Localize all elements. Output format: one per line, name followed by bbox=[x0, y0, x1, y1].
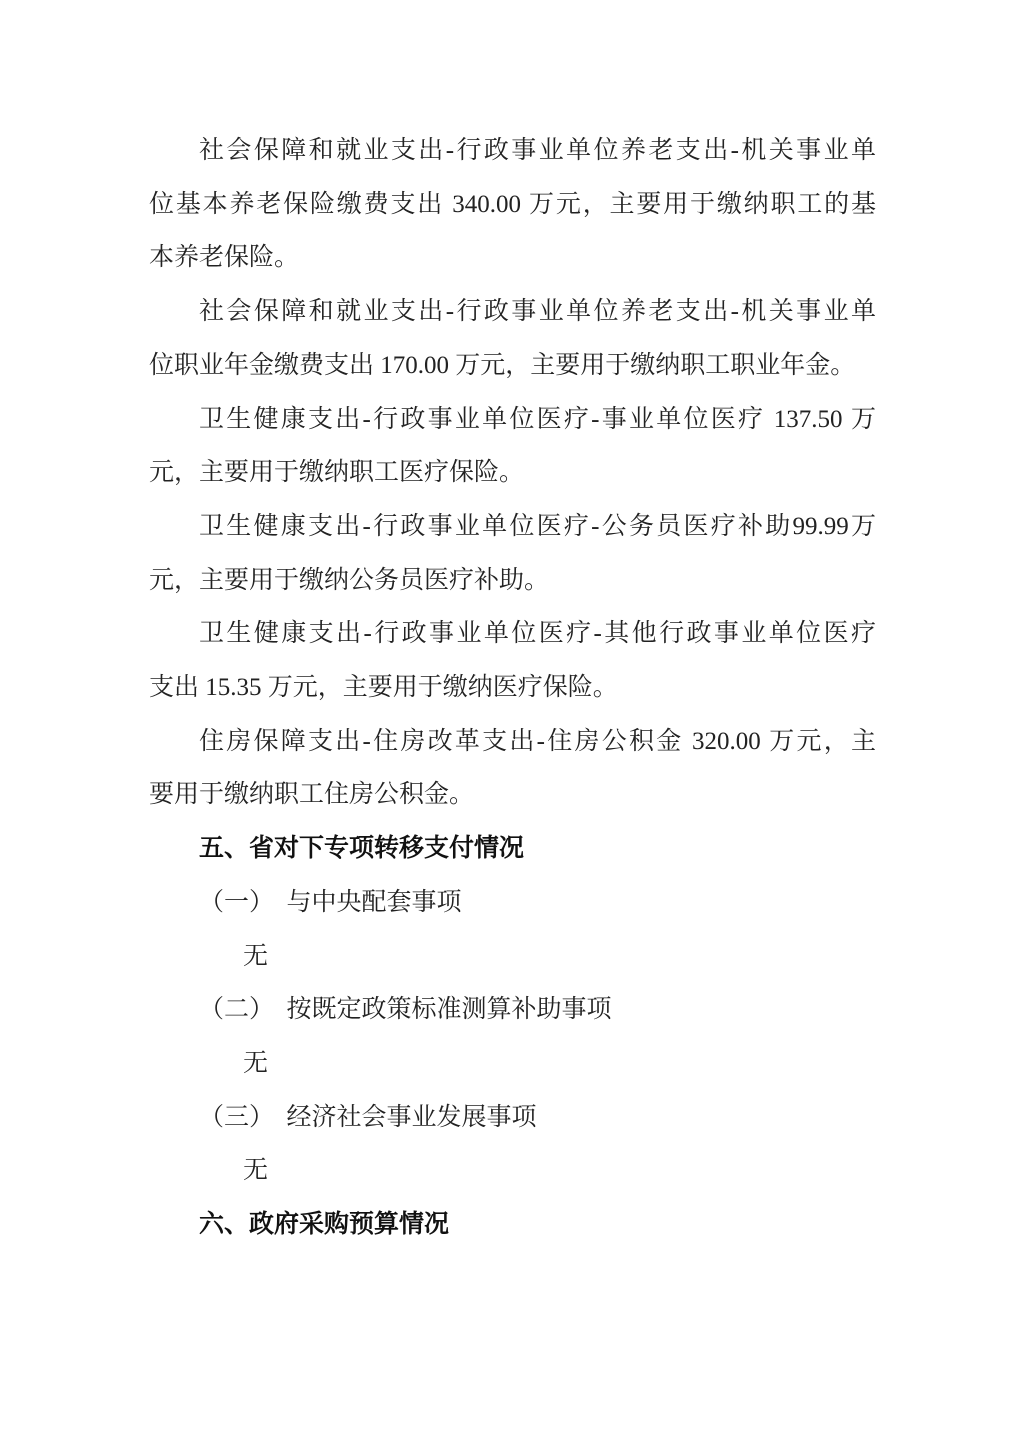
sub-section-heading: （二） 按既定政策标准测算补助事项 bbox=[149, 983, 876, 1037]
text-line: 社会保障和就业支出-行政事业单位养老支出-机关事业单 bbox=[149, 124, 876, 178]
text-line: 卫生健康支出-行政事业单位医疗-事业单位医疗 137.50 万 bbox=[149, 393, 876, 447]
text-line: 元，主要用于缴纳职工医疗保险。 bbox=[149, 446, 876, 500]
text-line: 支出 15.35 万元，主要用于缴纳医疗保险。 bbox=[149, 661, 876, 715]
paragraph: 卫生健康支出-行政事业单位医疗-公务员医疗补助99.99万元，主要用于缴纳公务员… bbox=[149, 500, 876, 607]
sub-section-heading: （一） 与中央配套事项 bbox=[149, 876, 876, 930]
paragraph: 社会保障和就业支出-行政事业单位养老支出-机关事业单位基本养老保险缴费支出 34… bbox=[149, 124, 876, 285]
text-line: 位职业年金缴费支出 170.00 万元，主要用于缴纳职工职业年金。 bbox=[149, 339, 876, 393]
text-line: 六、政府采购预算情况 bbox=[149, 1198, 876, 1252]
text-line: 本养老保险。 bbox=[149, 231, 876, 285]
text-line: 位基本养老保险缴费支出 340.00 万元，主要用于缴纳职工的基 bbox=[149, 178, 876, 232]
text-line: （三） 经济社会事业发展事项 bbox=[149, 1091, 876, 1145]
text-line: 无 bbox=[149, 1037, 876, 1091]
text-line: （二） 按既定政策标准测算补助事项 bbox=[149, 983, 876, 1037]
sub-section-heading: （三） 经济社会事业发展事项 bbox=[149, 1091, 876, 1145]
paragraph: 社会保障和就业支出-行政事业单位养老支出-机关事业单位职业年金缴费支出 170.… bbox=[149, 285, 876, 392]
text-line: （一） 与中央配套事项 bbox=[149, 876, 876, 930]
section-heading: 六、政府采购预算情况 bbox=[149, 1198, 876, 1252]
text-line: 社会保障和就业支出-行政事业单位养老支出-机关事业单 bbox=[149, 285, 876, 339]
document-content: 社会保障和就业支出-行政事业单位养老支出-机关事业单位基本养老保险缴费支出 34… bbox=[149, 124, 876, 1252]
text-line: 卫生健康支出-行政事业单位医疗-其他行政事业单位医疗 bbox=[149, 607, 876, 661]
text-line: 卫生健康支出-行政事业单位医疗-公务员医疗补助99.99万 bbox=[149, 500, 876, 554]
text-line: 无 bbox=[149, 1144, 876, 1198]
document-page: 社会保障和就业支出-行政事业单位养老支出-机关事业单位基本养老保险缴费支出 34… bbox=[0, 0, 1024, 1448]
text-line: 要用于缴纳职工住房公积金。 bbox=[149, 768, 876, 822]
none-value: 无 bbox=[149, 1037, 876, 1091]
paragraph: 住房保障支出-住房改革支出-住房公积金 320.00 万元，主要用于缴纳职工住房… bbox=[149, 715, 876, 822]
none-value: 无 bbox=[149, 1144, 876, 1198]
paragraph: 卫生健康支出-行政事业单位医疗-其他行政事业单位医疗支出 15.35 万元，主要… bbox=[149, 607, 876, 714]
none-value: 无 bbox=[149, 930, 876, 984]
text-line: 无 bbox=[149, 930, 876, 984]
text-line: 五、省对下专项转移支付情况 bbox=[149, 822, 876, 876]
section-heading: 五、省对下专项转移支付情况 bbox=[149, 822, 876, 876]
text-line: 元，主要用于缴纳公务员医疗补助。 bbox=[149, 554, 876, 608]
text-line: 住房保障支出-住房改革支出-住房公积金 320.00 万元，主 bbox=[149, 715, 876, 769]
paragraph: 卫生健康支出-行政事业单位医疗-事业单位医疗 137.50 万元，主要用于缴纳职… bbox=[149, 393, 876, 500]
